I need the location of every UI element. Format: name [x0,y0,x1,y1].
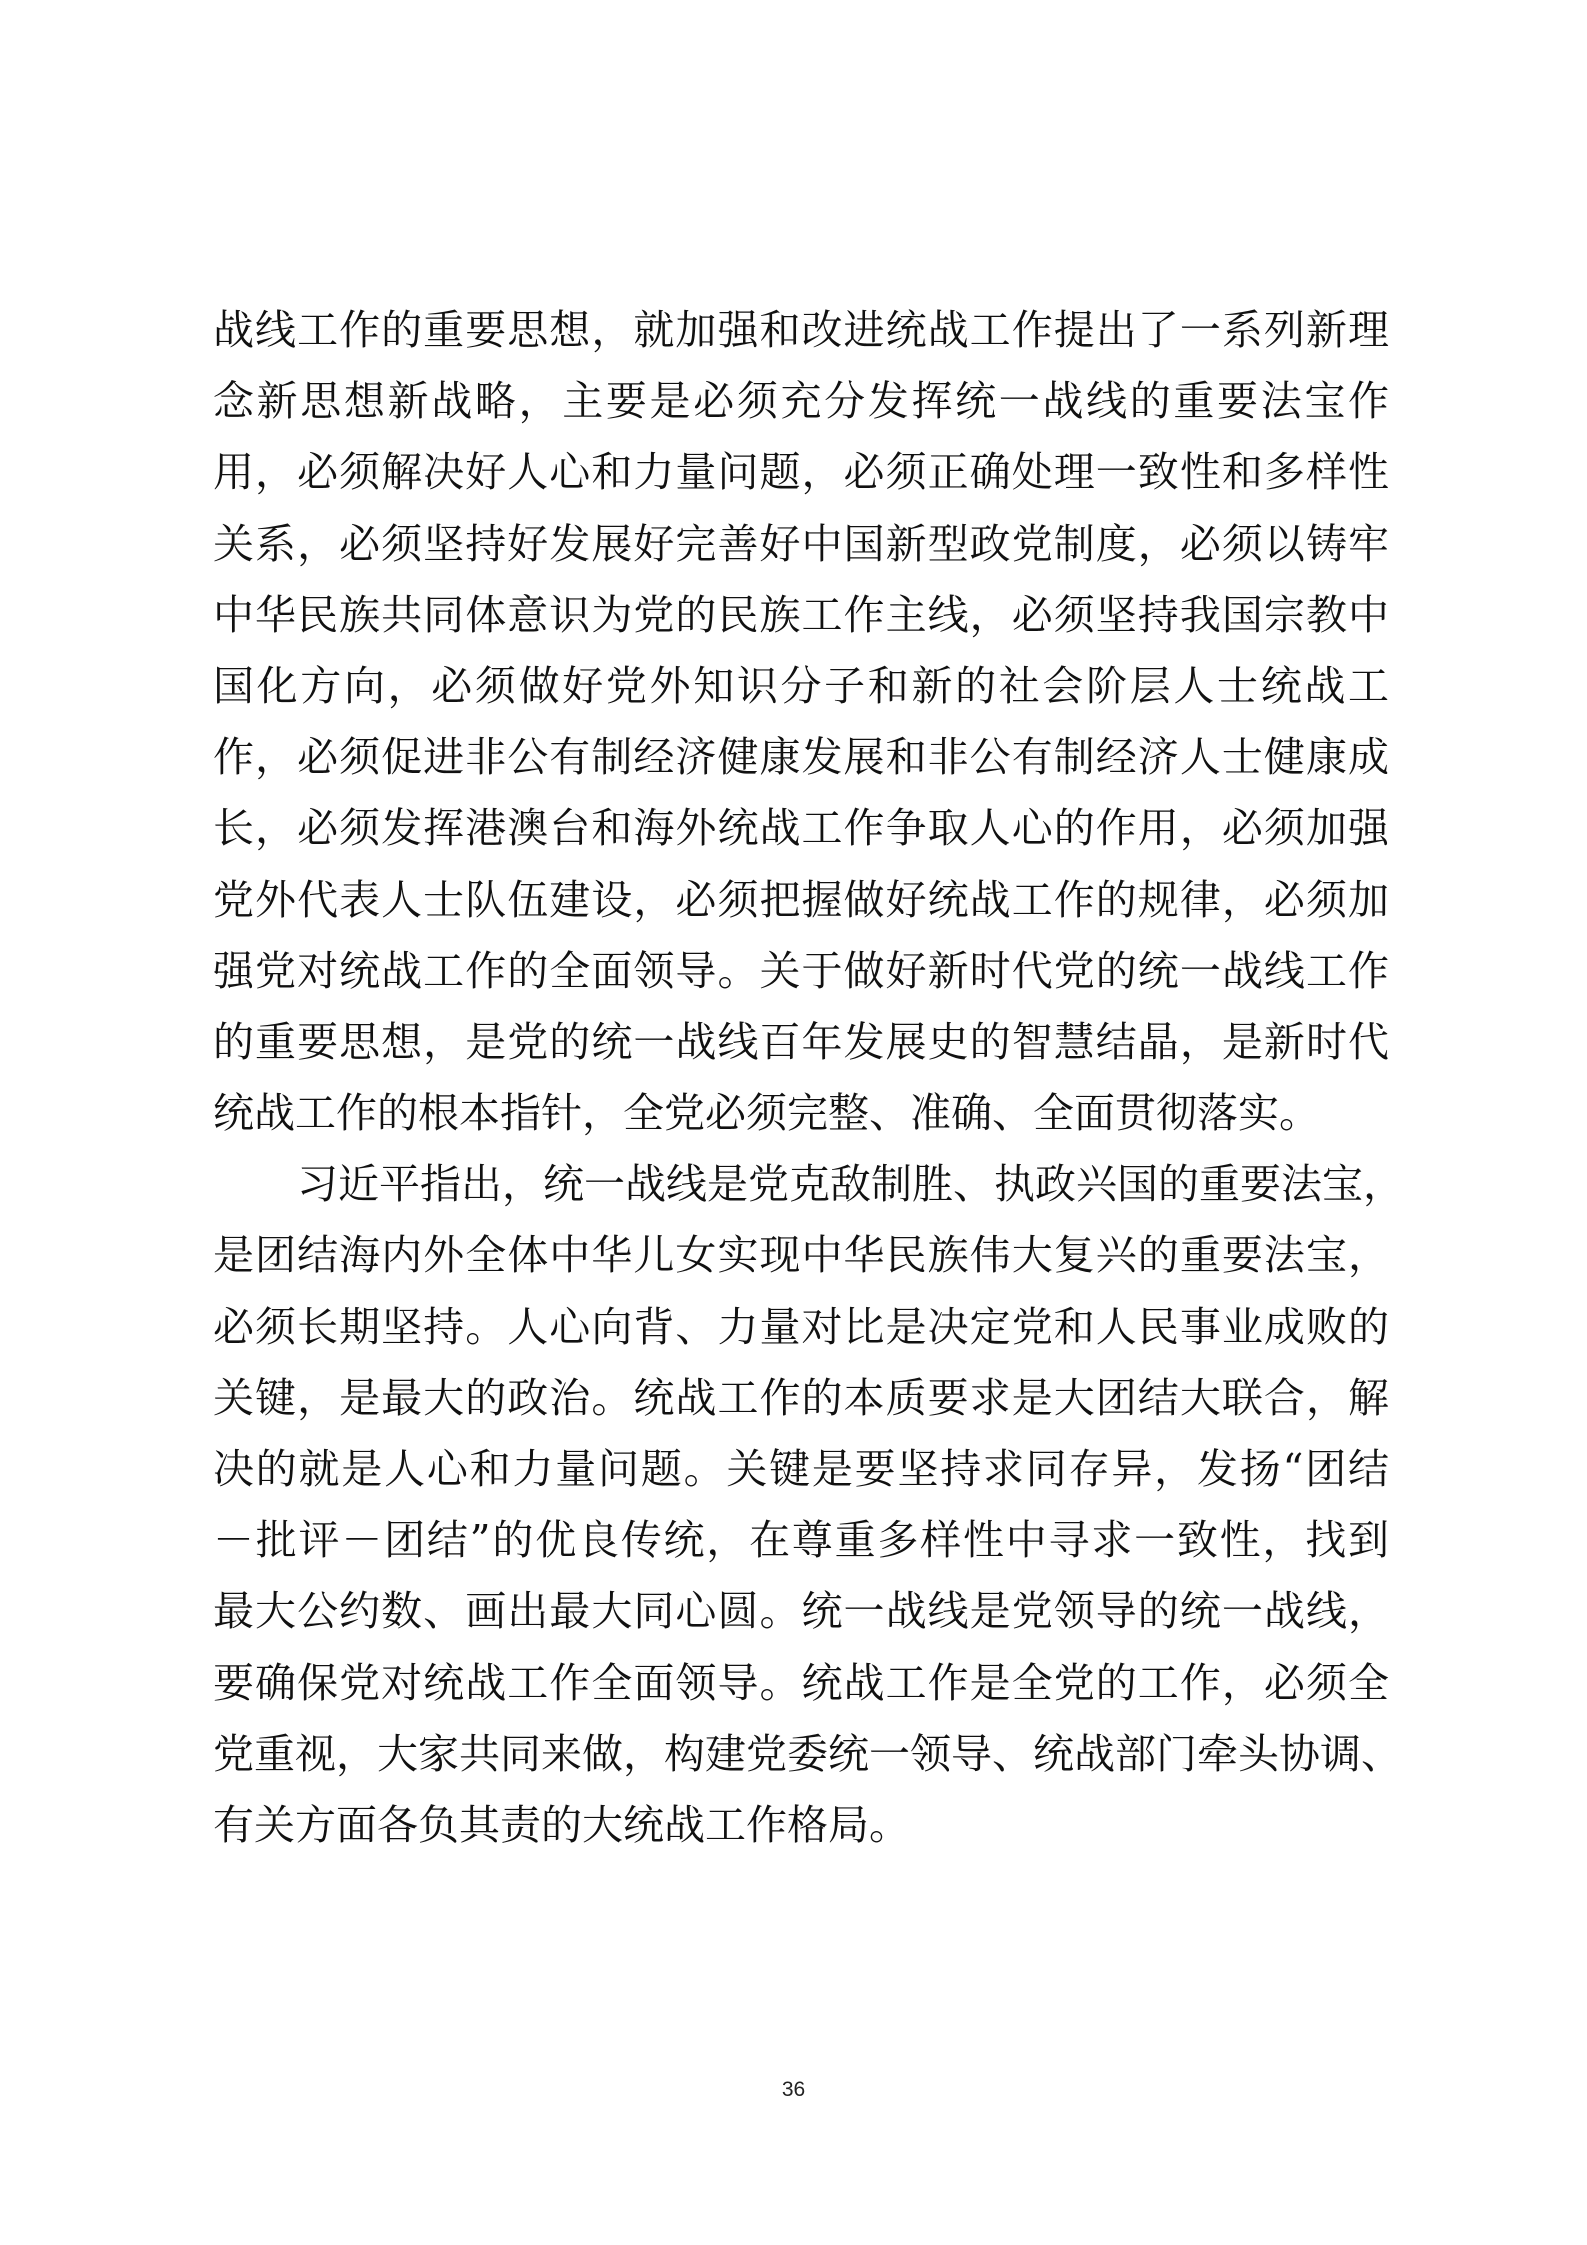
text-line: 决的就是人心和力量问题。关键是要坚持求同存异，发扬“团结 [213,1434,1389,1505]
paragraph-1: 战线工作的重要思想，就加强和改进统战工作提出了一系列新理 念新思想新战略，主要是… [213,295,1389,1149]
page-number: 36 [0,2078,1587,2102]
text-line: 习近平指出，统一战线是党克敌制胜、执政兴国的重要法宝， [213,1149,1389,1220]
text-line: 的重要思想，是党的统一战线百年发展史的智慧结晶，是新时代 [213,1007,1389,1078]
text-line: 念新思想新战略，主要是必须充分发挥统一战线的重要法宝作 [213,366,1389,437]
text-line: 关系，必须坚持好发展好完善好中国新型政党制度，必须以铸牢 [213,509,1389,580]
text-line: 长，必须发挥港澳台和海外统战工作争取人心的作用，必须加强 [213,793,1389,864]
text-line: 中华民族共同体意识为党的民族工作主线，必须坚持我国宗教中 [213,580,1389,651]
text-line: 国化方向，必须做好党外知识分子和新的社会阶层人士统战工 [213,651,1389,722]
text-line: 强党对统战工作的全面领导。关于做好新时代党的统一战线工作 [213,936,1389,1007]
text-line: 最大公约数、画出最大同心圆。统一战线是党领导的统一战线， [213,1576,1389,1647]
text-line: －批评－团结”的优良传统，在尊重多样性中寻求一致性，找到 [213,1505,1389,1576]
text-line: 统战工作的根本指针，全党必须完整、准确、全面贯彻落实。 [213,1078,1389,1149]
text-line: 战线工作的重要思想，就加强和改进统战工作提出了一系列新理 [213,295,1389,366]
text-line: 关键，是最大的政治。统战工作的本质要求是大团结大联合，解 [213,1363,1389,1434]
text-line: 要确保党对统战工作全面领导。统战工作是全党的工作，必须全 [213,1648,1389,1719]
text-line: 必须长期坚持。人心向背、力量对比是决定党和人民事业成败的 [213,1292,1389,1363]
document-page: 战线工作的重要思想，就加强和改进统战工作提出了一系列新理 念新思想新战略，主要是… [0,0,1587,2245]
text-line: 用，必须解决好人心和力量问题，必须正确处理一致性和多样性 [213,437,1389,508]
text-line: 作，必须促进非公有制经济健康发展和非公有制经济人士健康成 [213,722,1389,793]
paragraph-2: 习近平指出，统一战线是党克敌制胜、执政兴国的重要法宝， 是团结海内外全体中华儿女… [213,1149,1389,1861]
text-line: 党重视，大家共同来做，构建党委统一领导、统战部门牵头协调、 [213,1719,1389,1790]
body-text: 战线工作的重要思想，就加强和改进统战工作提出了一系列新理 念新思想新战略，主要是… [213,295,1389,1861]
text-line: 有关方面各负其责的大统战工作格局。 [213,1790,1389,1861]
text-line: 是团结海内外全体中华儿女实现中华民族伟大复兴的重要法宝， [213,1220,1389,1291]
text-line: 党外代表人士队伍建设，必须把握做好统战工作的规律，必须加 [213,865,1389,936]
